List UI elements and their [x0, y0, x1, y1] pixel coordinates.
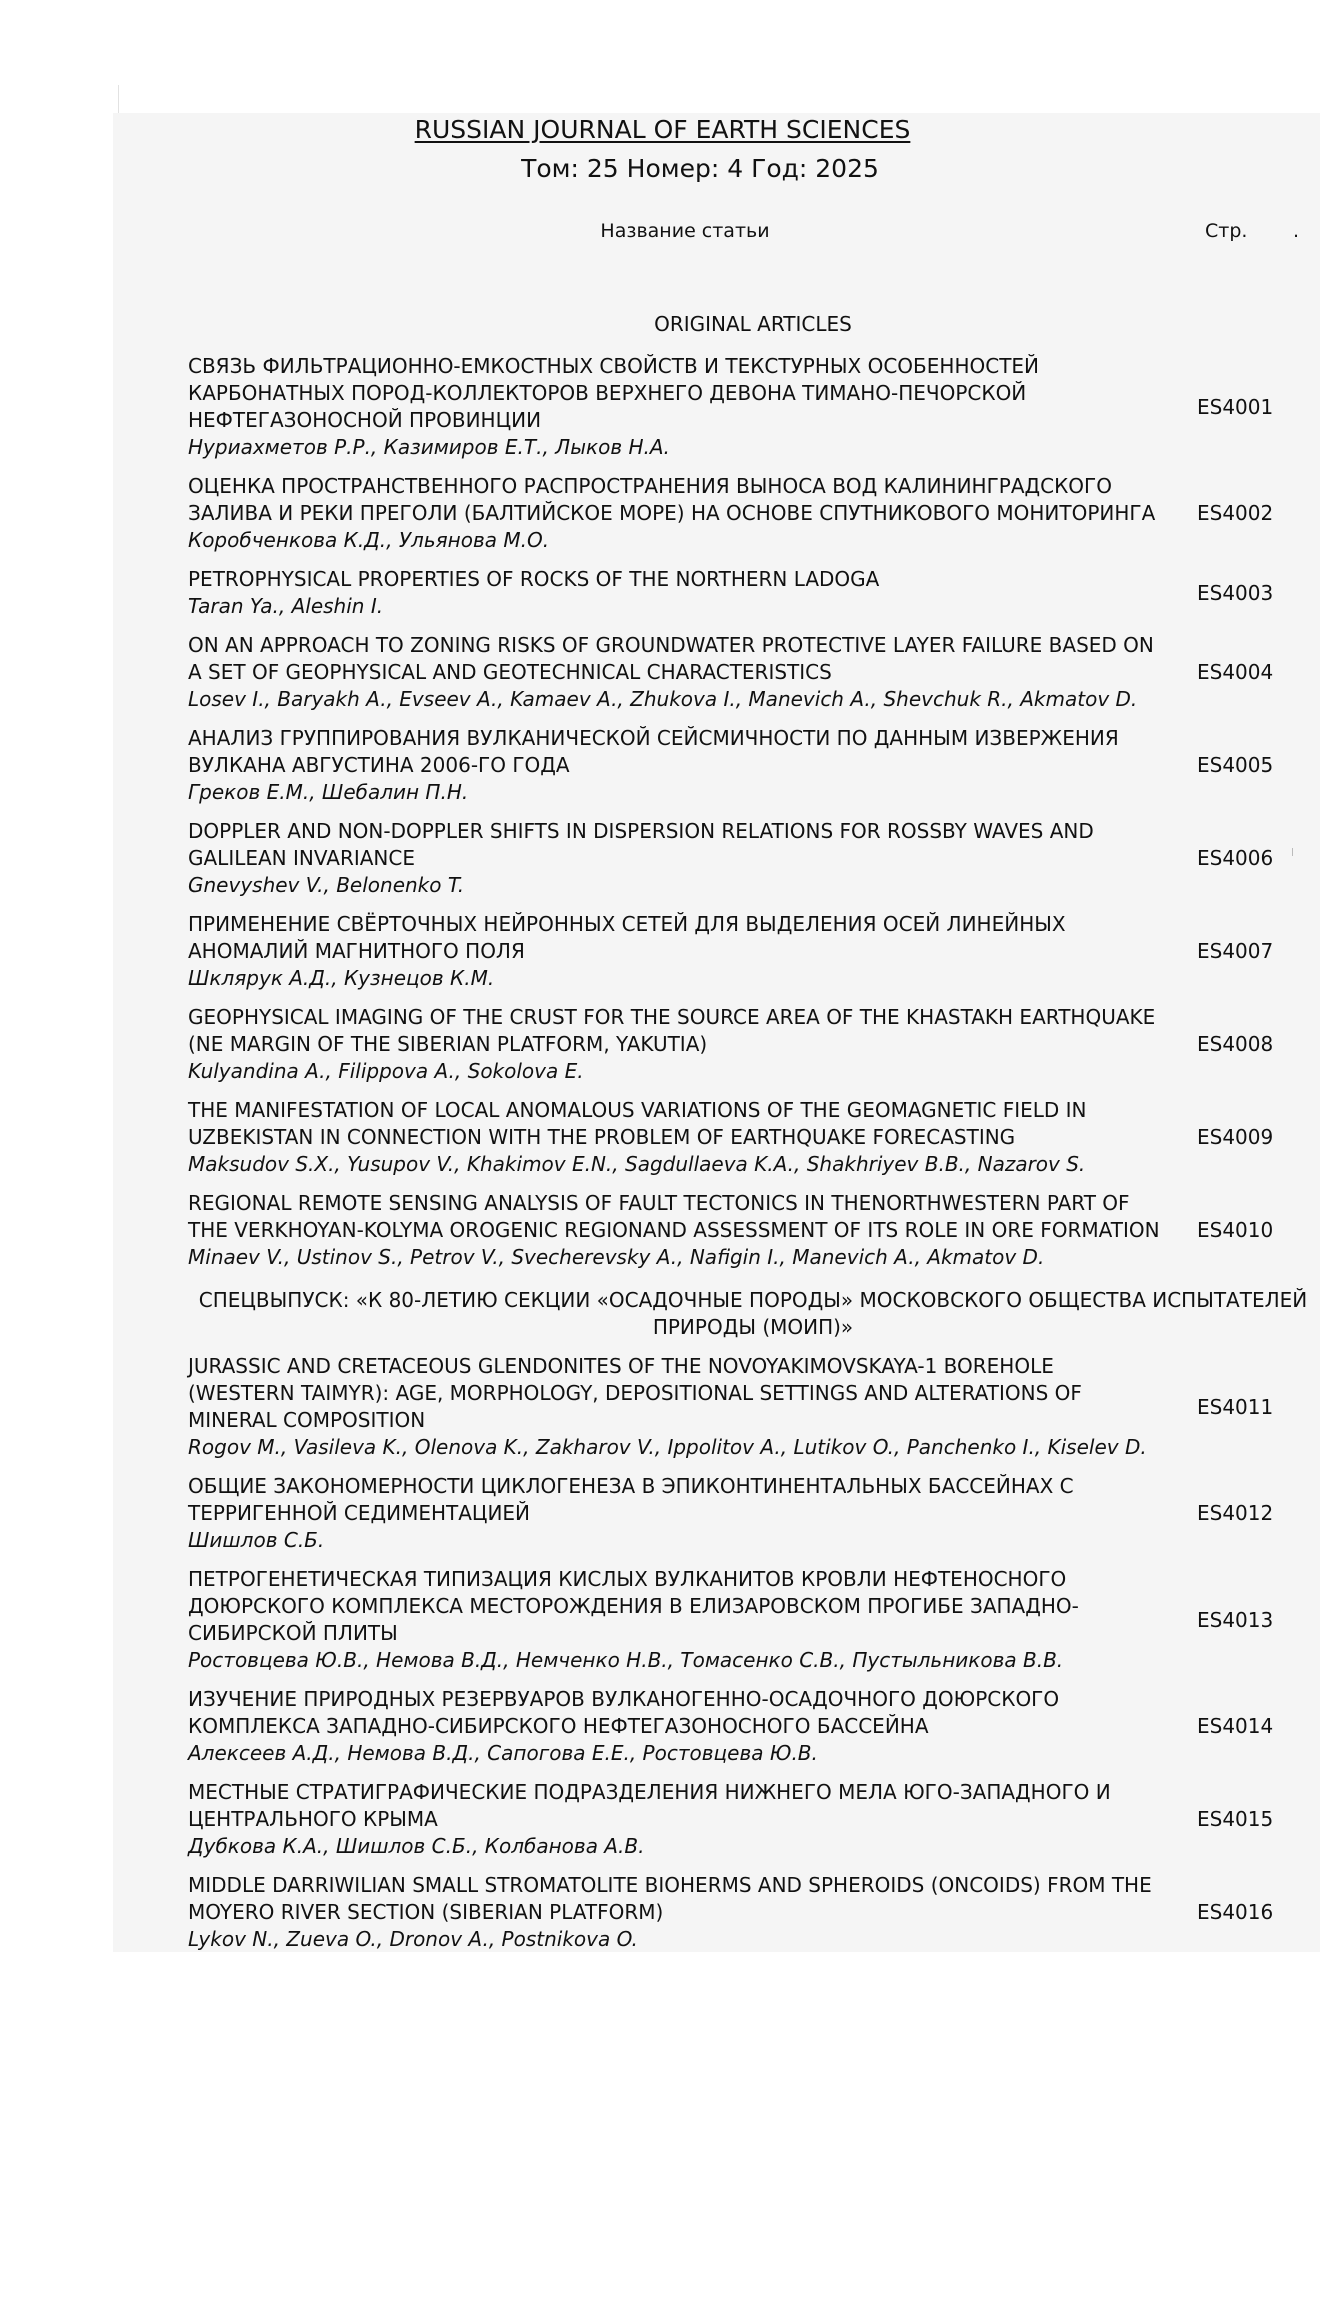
- article-page-number[interactable]: ES4007: [1197, 938, 1273, 965]
- article-authors: Дубкова К.А., Шишлов С.Б., Колбанова А.В…: [188, 1833, 1323, 1860]
- article-title-line: MIDDLE DARRIWILIAN SMALL STROMATOLITE BI…: [188, 1872, 1188, 1899]
- article-entry[interactable]: ИЗУЧЕНИЕ ПРИРОДНЫХ РЕЗЕРВУАРОВ ВУЛКАНОГЕ…: [188, 1686, 1323, 1767]
- article-authors: Gnevyshev V., Belonenko T.: [188, 872, 1323, 899]
- article-entry[interactable]: СВЯЗЬ ФИЛЬТРАЦИОННО-ЕМКОСТНЫХ СВОЙСТВ И …: [188, 353, 1323, 461]
- article-authors: Rogov M., Vasileva K., Olenova K., Zakha…: [188, 1434, 1323, 1461]
- article-title-line: THE VERKHOYAN-KOLYMA OROGENIC REGIONAND …: [188, 1217, 1188, 1244]
- article-page-number[interactable]: ES4012: [1197, 1500, 1273, 1527]
- section-heading-line: ПРИРОДЫ (МОИП)»: [113, 1314, 1325, 1341]
- article-page-number[interactable]: ES4004: [1197, 659, 1273, 686]
- article-title[interactable]: АНАЛИЗ ГРУППИРОВАНИЯ ВУЛКАНИЧЕСКОЙ СЕЙСМ…: [188, 725, 1188, 779]
- article-entry[interactable]: DOPPLER AND NON-DOPPLER SHIFTS IN DISPER…: [188, 818, 1323, 899]
- article-title-line: PETROPHYSICAL PROPERTIES OF ROCKS OF THE…: [188, 566, 1188, 593]
- article-title[interactable]: ПЕТРОГЕНЕТИЧЕСКАЯ ТИПИЗАЦИЯ КИСЛЫХ ВУЛКА…: [188, 1566, 1188, 1647]
- article-title-line: НЕФТЕГАЗОНОСНОЙ ПРОВИНЦИИ: [188, 407, 1188, 434]
- article-page-number[interactable]: ES4008: [1197, 1031, 1273, 1058]
- article-entry[interactable]: ОЦЕНКА ПРОСТРАНСТВЕННОГО РАСПРОСТРАНЕНИЯ…: [188, 473, 1323, 554]
- article-title[interactable]: МЕСТНЫЕ СТРАТИГРАФИЧЕСКИЕ ПОДРАЗДЕЛЕНИЯ …: [188, 1779, 1188, 1833]
- section-heading-line: ORIGINAL ARTICLES: [113, 311, 1325, 338]
- article-title-line: JURASSIC AND CRETACEOUS GLENDONITES OF T…: [188, 1353, 1188, 1380]
- article-title[interactable]: ПРИМЕНЕНИЕ СВЁРТОЧНЫХ НЕЙРОННЫХ СЕТЕЙ ДЛ…: [188, 911, 1188, 965]
- article-authors: Losev I., Baryakh A., Evseev A., Kamaev …: [188, 686, 1323, 713]
- article-title-line: THE MANIFESTATION OF LOCAL ANOMALOUS VAR…: [188, 1097, 1188, 1124]
- article-title[interactable]: DOPPLER AND NON-DOPPLER SHIFTS IN DISPER…: [188, 818, 1188, 872]
- article-title-line: MINERAL COMPOSITION: [188, 1407, 1188, 1434]
- article-page-number[interactable]: ES4013: [1197, 1607, 1273, 1634]
- article-title-line: DOPPLER AND NON-DOPPLER SHIFTS IN DISPER…: [188, 818, 1188, 845]
- article-authors: Taran Ya., Aleshin I.: [188, 593, 1323, 620]
- article-entry[interactable]: MIDDLE DARRIWILIAN SMALL STROMATOLITE BI…: [188, 1872, 1323, 1953]
- article-title-line: A SET OF GEOPHYSICAL AND GEOTECHNICAL CH…: [188, 659, 1188, 686]
- article-page-number[interactable]: ES4009: [1197, 1124, 1273, 1151]
- article-title[interactable]: GEOPHYSICAL IMAGING OF THE CRUST FOR THE…: [188, 1004, 1188, 1058]
- article-authors: Kulyandina A., Filippova A., Sokolova E.: [188, 1058, 1323, 1085]
- article-entry[interactable]: REGIONAL REMOTE SENSING ANALYSIS OF FAUL…: [188, 1190, 1323, 1271]
- section-heading: ORIGINAL ARTICLES: [113, 311, 1325, 338]
- article-page-number[interactable]: ES4015: [1197, 1806, 1273, 1833]
- article-authors: Шишлов С.Б.: [188, 1527, 1323, 1554]
- article-title-line: ВУЛКАНА АВГУСТИНА 2006-ГО ГОДА: [188, 752, 1188, 779]
- page-edge-mark: [118, 85, 119, 113]
- article-entry[interactable]: ОБЩИЕ ЗАКОНОМЕРНОСТИ ЦИКЛОГЕНЕЗА В ЭПИКО…: [188, 1473, 1323, 1554]
- article-title-line: (NE MARGIN OF THE SIBERIAN PLATFORM, YAK…: [188, 1031, 1188, 1058]
- article-title-line: ДОЮРСКОГО КОМПЛЕКСА МЕСТОРОЖДЕНИЯ В ЕЛИЗ…: [188, 1593, 1188, 1620]
- article-authors: Греков Е.М., Шебалин П.Н.: [188, 779, 1323, 806]
- article-authors: Шклярук А.Д., Кузнецов К.М.: [188, 965, 1323, 992]
- article-entry[interactable]: МЕСТНЫЕ СТРАТИГРАФИЧЕСКИЕ ПОДРАЗДЕЛЕНИЯ …: [188, 1779, 1323, 1860]
- article-title-line: GEOPHYSICAL IMAGING OF THE CRUST FOR THE…: [188, 1004, 1188, 1031]
- article-page-number[interactable]: ES4003: [1197, 580, 1273, 607]
- article-title-line: ОЦЕНКА ПРОСТРАНСТВЕННОГО РАСПРОСТРАНЕНИЯ…: [188, 473, 1188, 500]
- article-title-line: ТЕРРИГЕННОЙ СЕДИМЕНТАЦИЕЙ: [188, 1500, 1188, 1527]
- article-page-number[interactable]: ES4002: [1197, 500, 1273, 527]
- article-title[interactable]: ИЗУЧЕНИЕ ПРИРОДНЫХ РЕЗЕРВУАРОВ ВУЛКАНОГЕ…: [188, 1686, 1188, 1740]
- article-title-line: МЕСТНЫЕ СТРАТИГРАФИЧЕСКИЕ ПОДРАЗДЕЛЕНИЯ …: [188, 1779, 1188, 1806]
- article-title-line: КОМПЛЕКСА ЗАПАДНО-СИБИРСКОГО НЕФТЕГАЗОНО…: [188, 1713, 1188, 1740]
- article-title-line: СИБИРСКОЙ ПЛИТЫ: [188, 1620, 1188, 1647]
- article-authors: Алексеев А.Д., Немова В.Д., Сапогова Е.Е…: [188, 1740, 1323, 1767]
- article-title[interactable]: MIDDLE DARRIWILIAN SMALL STROMATOLITE BI…: [188, 1872, 1188, 1926]
- article-entry[interactable]: ПРИМЕНЕНИЕ СВЁРТОЧНЫХ НЕЙРОННЫХ СЕТЕЙ ДЛ…: [188, 911, 1323, 992]
- article-title-line: ЦЕНТРАЛЬНОГО КРЫМА: [188, 1806, 1188, 1833]
- article-page-number[interactable]: ES4010: [1197, 1217, 1273, 1244]
- column-header-page: Стр.: [1205, 218, 1247, 244]
- article-entry[interactable]: GEOPHYSICAL IMAGING OF THE CRUST FOR THE…: [188, 1004, 1323, 1085]
- article-authors: Lykov N., Zueva O., Dronov A., Postnikov…: [188, 1926, 1323, 1953]
- article-authors: Minaev V., Ustinov S., Petrov V., Sveche…: [188, 1244, 1323, 1271]
- issue-info: Том: 25 Номер: 4 Год: 2025: [0, 152, 1325, 186]
- article-title[interactable]: ON AN APPROACH TO ZONING RISKS OF GROUND…: [188, 632, 1188, 686]
- article-title-line: АНАЛИЗ ГРУППИРОВАНИЯ ВУЛКАНИЧЕСКОЙ СЕЙСМ…: [188, 725, 1188, 752]
- article-page-number[interactable]: ES4001: [1197, 394, 1273, 421]
- article-title-line: GALILEAN INVARIANCE: [188, 845, 1188, 872]
- article-title[interactable]: ОЦЕНКА ПРОСТРАНСТВЕННОГО РАСПРОСТРАНЕНИЯ…: [188, 473, 1188, 527]
- section-heading: СПЕЦВЫПУСК: «К 80-ЛЕТИЮ СЕКЦИИ «ОСАДОЧНЫ…: [113, 1287, 1325, 1341]
- article-title[interactable]: REGIONAL REMOTE SENSING ANALYSIS OF FAUL…: [188, 1190, 1188, 1244]
- article-title-line: ПРИМЕНЕНИЕ СВЁРТОЧНЫХ НЕЙРОННЫХ СЕТЕЙ ДЛ…: [188, 911, 1188, 938]
- article-page-number[interactable]: ES4014: [1197, 1713, 1273, 1740]
- article-title-line: ИЗУЧЕНИЕ ПРИРОДНЫХ РЕЗЕРВУАРОВ ВУЛКАНОГЕ…: [188, 1686, 1188, 1713]
- article-title[interactable]: THE MANIFESTATION OF LOCAL ANOMALOUS VAR…: [188, 1097, 1188, 1151]
- article-page-number[interactable]: ES4005: [1197, 752, 1273, 779]
- article-title-line: MOYERO RIVER SECTION (SIBERIAN PLATFORM): [188, 1899, 1188, 1926]
- article-authors: Ростовцева Ю.В., Немова В.Д., Немченко Н…: [188, 1647, 1323, 1674]
- article-page-number[interactable]: ES4011: [1197, 1394, 1273, 1421]
- article-title-line: ПЕТРОГЕНЕТИЧЕСКАЯ ТИПИЗАЦИЯ КИСЛЫХ ВУЛКА…: [188, 1566, 1188, 1593]
- article-title-line: КАРБОНАТНЫХ ПОРОД-КОЛЛЕКТОРОВ ВЕРХНЕГО Д…: [188, 380, 1188, 407]
- journal-title: RUSSIAN JOURNAL OF EARTH SCIENCES: [0, 113, 1325, 147]
- article-title[interactable]: PETROPHYSICAL PROPERTIES OF ROCKS OF THE…: [188, 566, 1188, 593]
- article-page-number[interactable]: ES4016: [1197, 1899, 1273, 1926]
- article-authors: Коробченкова К.Д., Ульянова М.О.: [188, 527, 1323, 554]
- article-authors: Maksudov S.X., Yusupov V., Khakimov E.N.…: [188, 1151, 1323, 1178]
- article-title-line: СВЯЗЬ ФИЛЬТРАЦИОННО-ЕМКОСТНЫХ СВОЙСТВ И …: [188, 353, 1188, 380]
- column-header-mark: .: [1293, 218, 1299, 244]
- article-entry[interactable]: ON AN APPROACH TO ZONING RISKS OF GROUND…: [188, 632, 1323, 713]
- article-title[interactable]: СВЯЗЬ ФИЛЬТРАЦИОННО-ЕМКОСТНЫХ СВОЙСТВ И …: [188, 353, 1188, 434]
- article-entry[interactable]: АНАЛИЗ ГРУППИРОВАНИЯ ВУЛКАНИЧЕСКОЙ СЕЙСМ…: [188, 725, 1323, 806]
- margin-tick: [1292, 848, 1293, 856]
- column-header-title: Название статьи: [520, 218, 850, 244]
- article-page-number[interactable]: ES4006: [1197, 845, 1273, 872]
- article-entry[interactable]: PETROPHYSICAL PROPERTIES OF ROCKS OF THE…: [188, 566, 1323, 620]
- article-title-line: АНОМАЛИЙ МАГНИТНОГО ПОЛЯ: [188, 938, 1188, 965]
- article-title-line: UZBEKISTAN IN CONNECTION WITH THE PROBLE…: [188, 1124, 1188, 1151]
- article-title-line: REGIONAL REMOTE SENSING ANALYSIS OF FAUL…: [188, 1190, 1188, 1217]
- article-entry[interactable]: THE MANIFESTATION OF LOCAL ANOMALOUS VAR…: [188, 1097, 1323, 1178]
- article-title-line: ON AN APPROACH TO ZONING RISKS OF GROUND…: [188, 632, 1188, 659]
- section-heading-line: СПЕЦВЫПУСК: «К 80-ЛЕТИЮ СЕКЦИИ «ОСАДОЧНЫ…: [113, 1287, 1325, 1314]
- article-title[interactable]: JURASSIC AND CRETACEOUS GLENDONITES OF T…: [188, 1353, 1188, 1434]
- article-title-line: ЗАЛИВА И РЕКИ ПРЕГОЛИ (БАЛТИЙСКОЕ МОРЕ) …: [188, 500, 1188, 527]
- article-authors: Нуриахметов Р.Р., Казимиров Е.Т., Лыков …: [188, 434, 1323, 461]
- journal-title-text: RUSSIAN JOURNAL OF EARTH SCIENCES: [415, 115, 911, 144]
- article-title-line: (WESTERN TAIMYR): AGE, MORPHOLOGY, DEPOS…: [188, 1380, 1188, 1407]
- article-entry[interactable]: ПЕТРОГЕНЕТИЧЕСКАЯ ТИПИЗАЦИЯ КИСЛЫХ ВУЛКА…: [188, 1566, 1323, 1674]
- article-entry[interactable]: JURASSIC AND CRETACEOUS GLENDONITES OF T…: [188, 1353, 1323, 1461]
- article-title[interactable]: ОБЩИЕ ЗАКОНОМЕРНОСТИ ЦИКЛОГЕНЕЗА В ЭПИКО…: [188, 1473, 1188, 1527]
- article-title-line: ОБЩИЕ ЗАКОНОМЕРНОСТИ ЦИКЛОГЕНЕЗА В ЭПИКО…: [188, 1473, 1188, 1500]
